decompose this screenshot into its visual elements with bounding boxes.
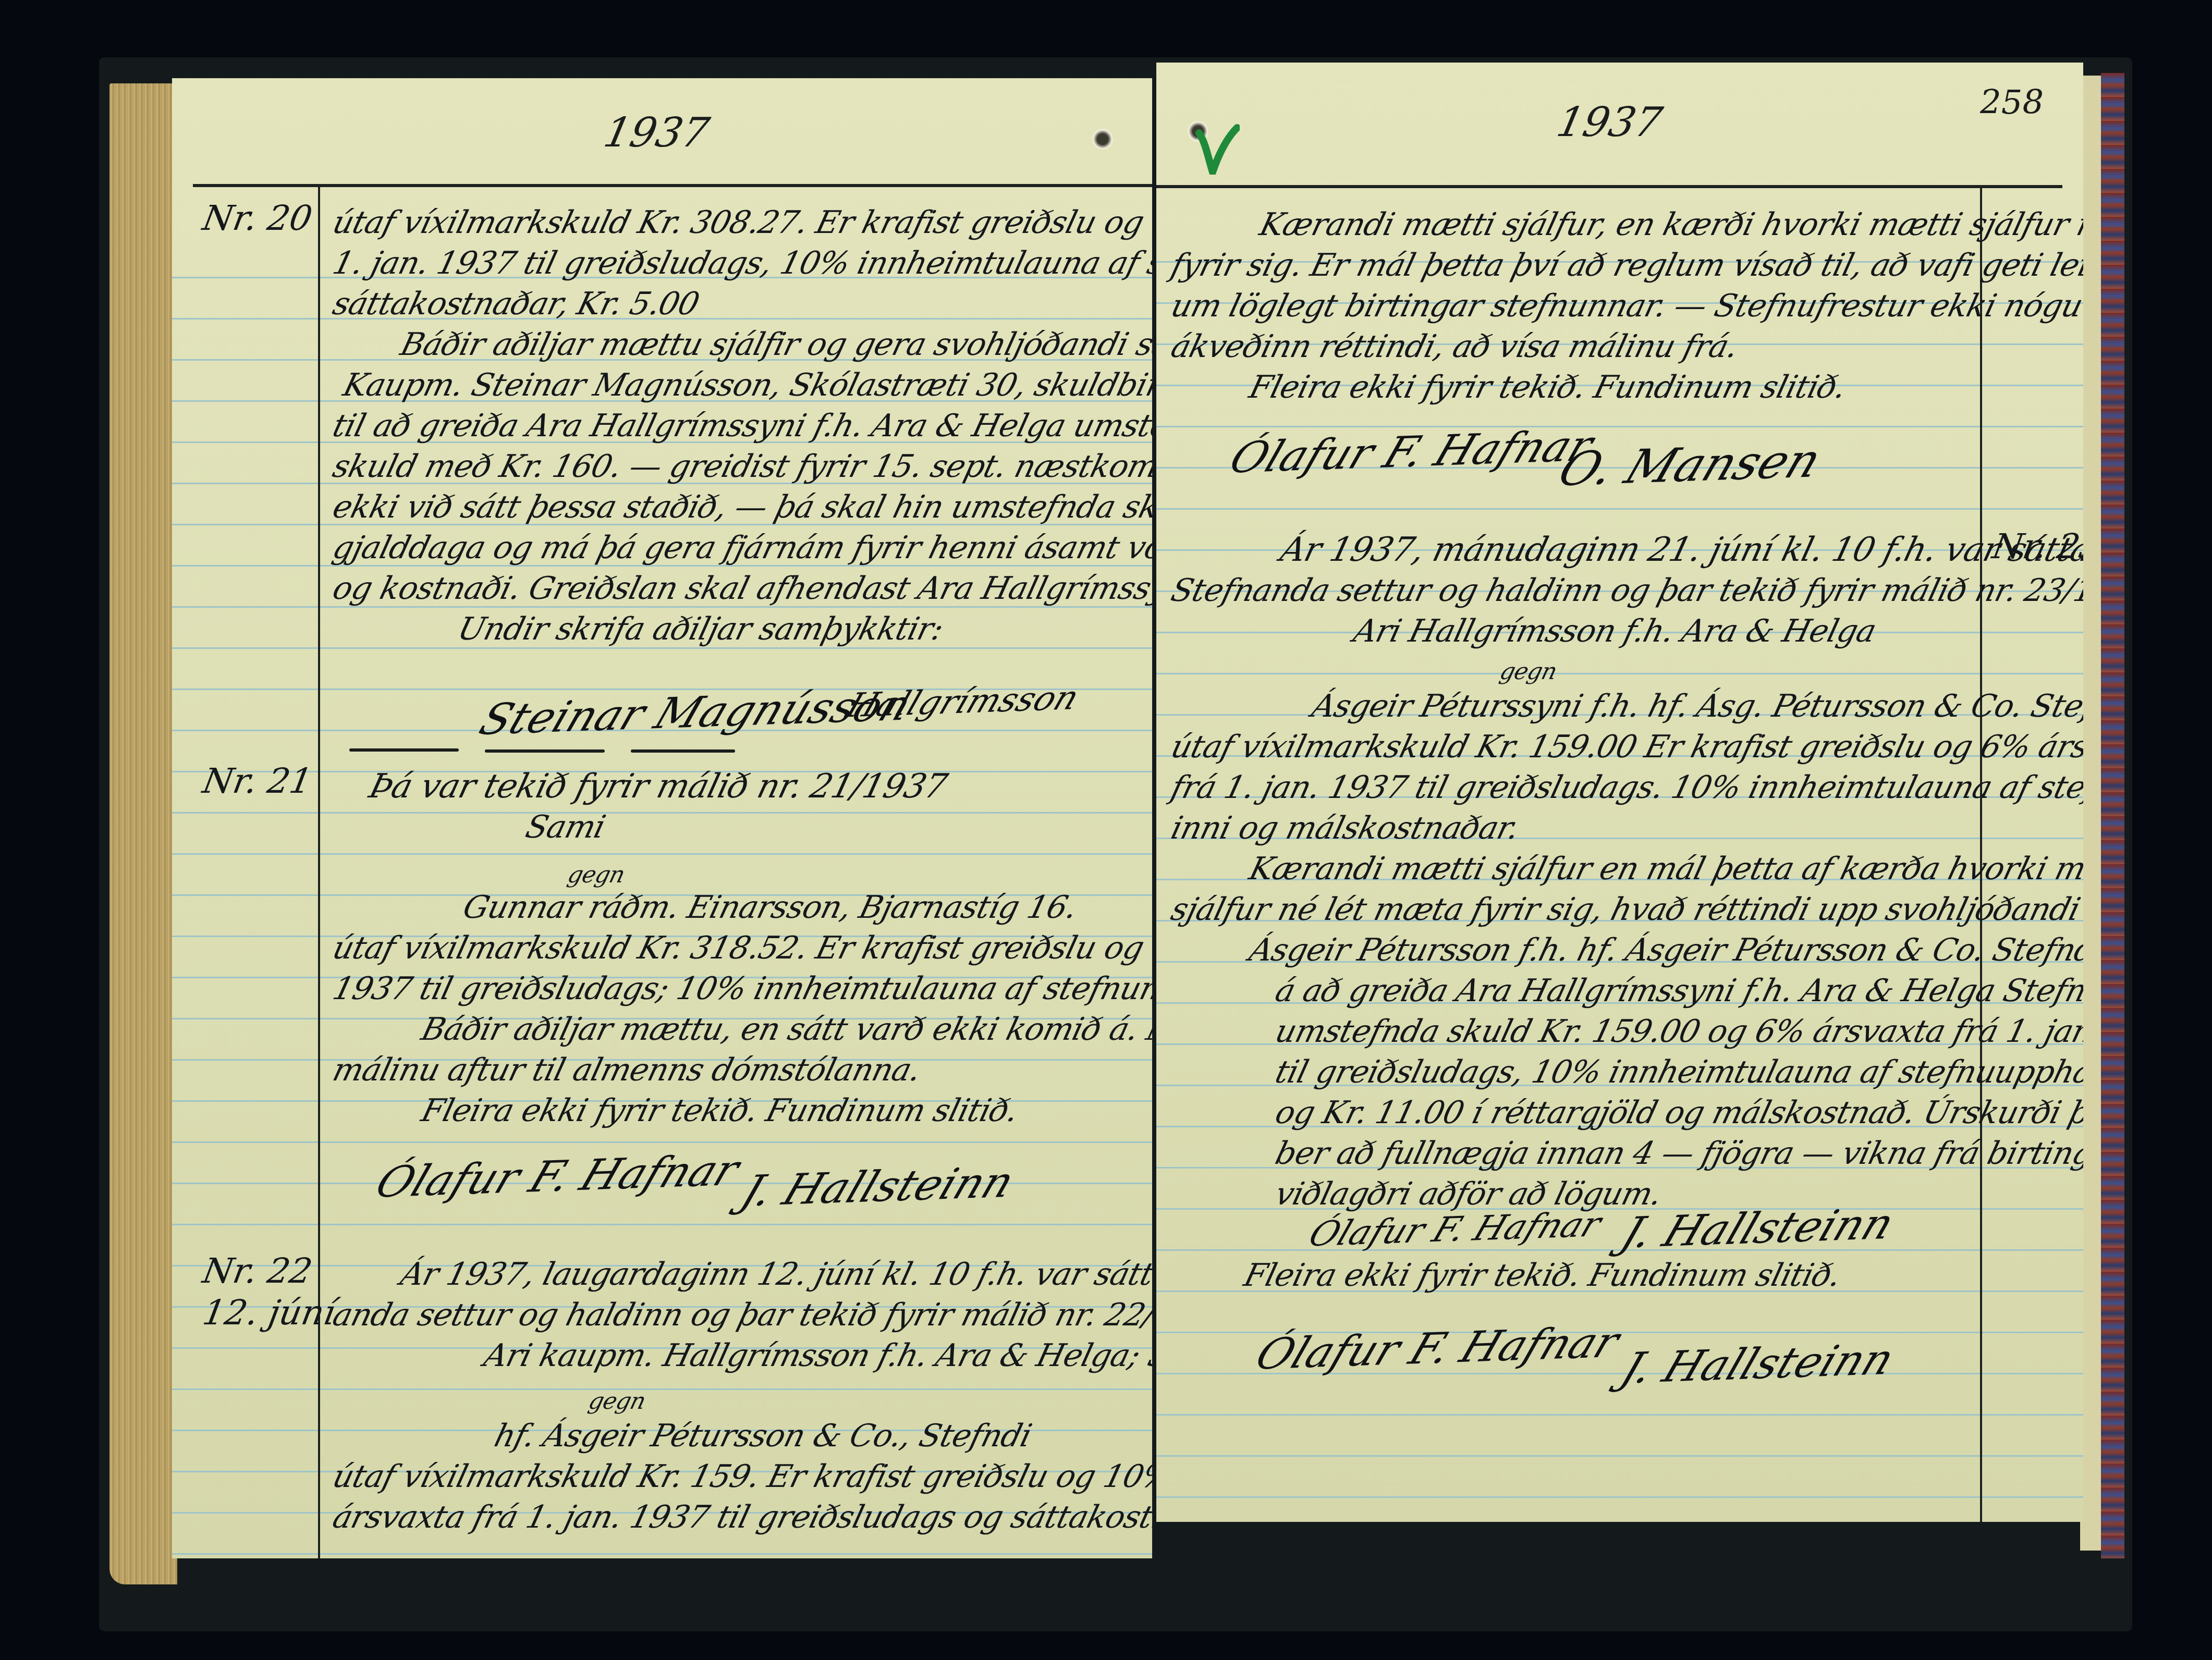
text-line: á að greiða Ara Hallgrímssyni f.h. Ara &… xyxy=(1271,970,2083,1011)
text-line: um löglegt birtingar stefnunnar. — Stefn… xyxy=(1167,286,2083,326)
text-line: frá 1. jan. 1937 til greiðsludags. 10% i… xyxy=(1167,767,2083,808)
text-line: Ari kaupm. Hallgrímsson f.h. Ara & Helga… xyxy=(480,1335,1152,1376)
text-line: til greiðsludags, 10% innheimtulauna af … xyxy=(1271,1052,2083,1092)
text-line: Ásgeir Péturssyni f.h. hf. Ásg. Pétursso… xyxy=(1307,686,2083,727)
text-line: og kostnaði. Greiðslan skal afhendast Ar… xyxy=(328,568,1152,609)
text-line: útaf víxilmarkskuld Kr. 318.52. Er krafi… xyxy=(328,928,1152,968)
text-line: Gunnar ráðm. Einarsson, Bjarnastíg 16. xyxy=(459,887,1081,928)
signature: O. Mansen xyxy=(1551,434,1828,497)
text-line: málinu aftur til almenns dómstólanna. xyxy=(328,1050,925,1090)
text-line: Þá var tekið fyrir málið nr. 21/1937 xyxy=(365,766,951,807)
text-line: 1937 til greiðsludags; 10% innheimtulaun… xyxy=(328,968,1152,1009)
text-line: Báðir aðiljar mættu, en sátt varð ekki k… xyxy=(417,1009,1152,1050)
signature: J. Hallsteinn xyxy=(1615,1335,1901,1394)
signature-rule xyxy=(485,749,605,753)
text-line: og Kr. 11.00 í réttargjöld og málskostna… xyxy=(1271,1092,2083,1133)
signature: J. Hallsteinn xyxy=(735,1158,1021,1216)
text-line: Ásgeir Pétursson f.h. hf. Ásgeir Péturss… xyxy=(1245,930,2083,970)
header-rule xyxy=(193,184,1152,187)
entry-number: Nr. 20 xyxy=(200,198,315,238)
text-line: Ár 1937, mánudaginn 21. júní kl. 10 f.h.… xyxy=(1276,530,2083,570)
paper-hole xyxy=(1092,128,1113,151)
text-line: Fleira ekki fyrir tekið. Fundinum slitið… xyxy=(1245,367,1850,408)
text-line: 1. jan. 1937 til greiðsludags, 10% innhe… xyxy=(328,243,1152,284)
text-line: hf. Ásgeir Pétursson & Co., Stefndi xyxy=(490,1416,1035,1456)
marbled-edge xyxy=(2101,73,2124,1558)
text-line: útaf víxilmarkskuld Kr. 308.27. Er krafi… xyxy=(328,202,1152,243)
text-line: Ár 1937, laugardaginn 12. júní kl. 10 f.… xyxy=(396,1254,1152,1295)
signature: J. Hallsteinn xyxy=(1615,1199,1901,1258)
text-line: fyrir sig. Er mál þetta því að reglum ví… xyxy=(1167,245,2083,286)
entry-number: Nr. 22 xyxy=(200,1251,315,1291)
text-line: Sami xyxy=(521,807,609,847)
green-checkmark-icon xyxy=(1193,117,1240,175)
signature-rule xyxy=(349,748,459,752)
text-line: Kærandi mætti sjálfur, en kærði hvorki m… xyxy=(1255,204,2083,245)
text-line: umstefnda skuld Kr. 159.00 og 6% ársvaxt… xyxy=(1271,1011,2083,1052)
text-line: viðlagðri aðför að lögum. xyxy=(1271,1174,1666,1214)
text-line: Kaupm. Steinar Magnússon, Skólastræti 30… xyxy=(339,365,1152,405)
text-line: útaf víxilmarkskuld Kr. 159.00 Er krafis… xyxy=(1167,727,2083,767)
text-line: skuld með Kr. 160. — greidist fyrir 15. … xyxy=(328,446,1152,487)
text-line: ákveðinn réttindi, að vísa málinu frá. xyxy=(1167,326,1742,367)
text-line: ekki við sátt þessa staðið, — þá skal hi… xyxy=(328,487,1152,527)
right-page: 258 1937 Kærandi mætti sjálfur, en kærði… xyxy=(1156,63,2083,1522)
entry-date: 12. júní xyxy=(200,1293,338,1333)
margin-column-divider xyxy=(318,187,320,1558)
year-header: 1937 xyxy=(1553,99,1666,146)
text-line: Báðir aðiljar mættu sjálfir og gera svoh… xyxy=(396,324,1152,365)
text-line: ársvaxta frá 1. jan. 1937 til greiðsluda… xyxy=(328,1497,1152,1538)
text-line: sjálfur né lét mæta fyrir sig, hvað rétt… xyxy=(1167,889,2083,930)
text-line: Ari Hallgrímsson f.h. Ara & Helga xyxy=(1349,611,1880,651)
entry-number: Nr. 21 xyxy=(200,761,315,801)
text-line: inni og málskostnaðar. xyxy=(1167,808,1523,849)
closing-line: Fleira ekki fyrir tekið. Fundinum slitið… xyxy=(1240,1255,1844,1296)
text-line: ber að fullnægja innan 4 — fjögra — vikn… xyxy=(1271,1133,2083,1174)
text-line: anda settur og haldinn og þar tekið fyri… xyxy=(328,1295,1152,1335)
right-page-fore-edge xyxy=(2080,76,2102,1551)
text-line: til að greiða Ara Hallgrímssyni f.h. Ara… xyxy=(328,405,1152,446)
left-page: 1937 Nr. 20 útaf víxilmarkskuld Kr. 308.… xyxy=(172,78,1152,1558)
header-rule xyxy=(1156,185,2062,188)
signature-rule xyxy=(631,749,735,753)
text-line: Fleira ekki fyrir tekið. Fundinum slitið… xyxy=(417,1090,1022,1131)
left-page-stack-edge xyxy=(109,83,177,1584)
text-line: sáttakostnaðar, Kr. 5.00 xyxy=(328,284,703,324)
page-number: 258 xyxy=(1980,83,2044,122)
text-line: Undir skrifa aðiljar samþykktir: xyxy=(454,609,947,649)
text-line: gjalddaga og má þá gera fjárnám fyrir he… xyxy=(328,527,1152,568)
text-line: útaf víxilmarkskuld Kr. 159. Er krafist … xyxy=(328,1456,1152,1497)
text-line: Kærandi mætti sjálfur en mál þetta af kæ… xyxy=(1245,849,2083,889)
text-line: Stefnanda settur og haldinn og þar tekið… xyxy=(1167,570,2083,611)
year-header: 1937 xyxy=(600,109,713,156)
